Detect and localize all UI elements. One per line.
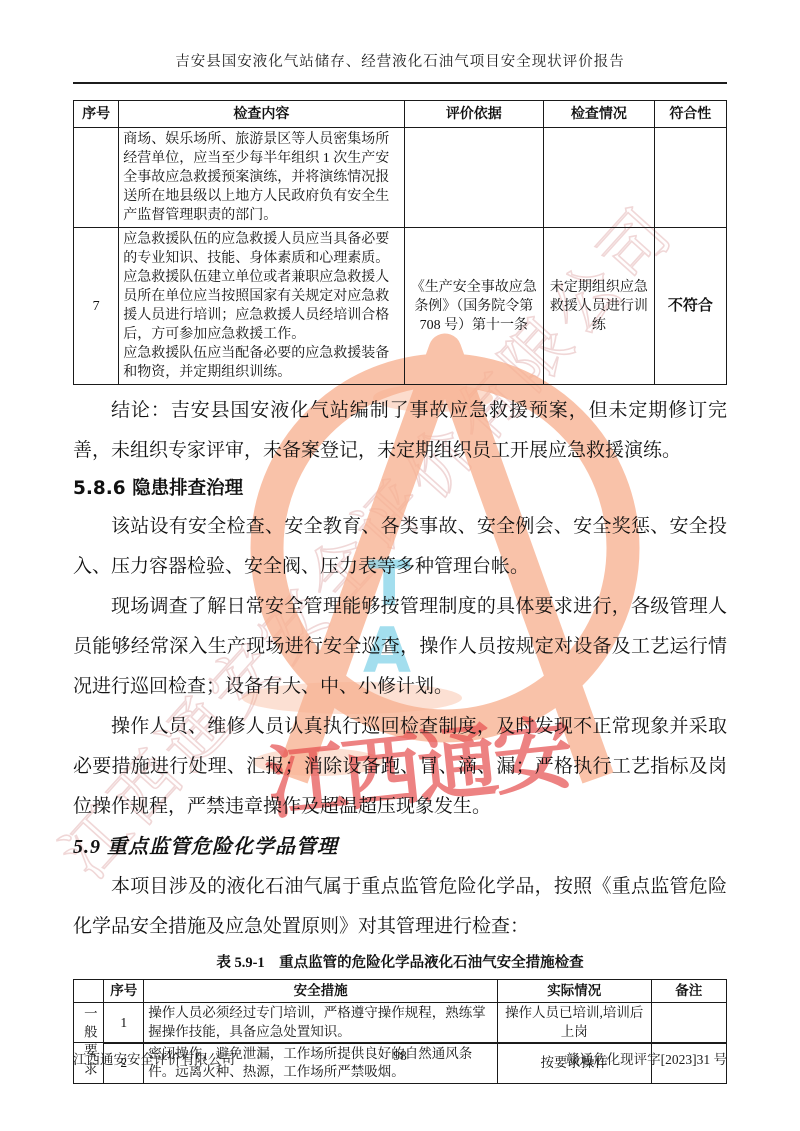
- col-header-situation: 检查情况: [544, 101, 655, 128]
- col-header-conformity: 符合性: [654, 101, 726, 128]
- report-page: 江西通安安全评价有限公司 T A 江西通安 吉安县国安液化气站储存、经营液化石油…: [0, 0, 800, 1131]
- table-row: 商场、娱乐场所、旅游景区等人员密集场所经营单位，应当至少每半年组织 1 次生产安…: [74, 128, 727, 228]
- section-heading-586: 5.8.6 隐患排查治理: [73, 473, 727, 505]
- cell-note: [651, 1003, 726, 1044]
- col-header-no2: 序号: [104, 980, 144, 1003]
- page-footer: 98 江西通安安全评价有限公司 赣通危化现评字[2023]31 号: [73, 1042, 727, 1068]
- header-rule: [73, 82, 727, 84]
- page-header-title: 吉安县国安液化气站储存、经营液化石油气项目安全现状评价报告: [73, 0, 727, 71]
- cell-no: [74, 128, 119, 228]
- inspection-table-header-row: 序号 检查内容 评价依据 检查情况 符合性: [74, 101, 727, 128]
- cell-basis: [404, 128, 544, 228]
- cell-basis: 《生产安全事故应急条例》（国务院令第 708 号）第十一条: [404, 228, 544, 385]
- col-header-group: [74, 980, 104, 1003]
- cell-situation: [544, 128, 655, 228]
- col-header-no: 序号: [74, 101, 119, 128]
- cell-no: 7: [74, 228, 119, 385]
- body-paragraph-1: 该站设有安全检查、安全教育、各类事故、安全例会、安全奖惩、安全投入、压力容器检验…: [73, 507, 727, 587]
- safety-table-header-row: 序号 安全措施 实际情况 备注: [74, 980, 727, 1003]
- cell-no: 1: [104, 1003, 144, 1044]
- cell-measure: 操作人员必须经过专门培训，严格遵守操作规程，熟练掌握操作技能，具备应急处置知识。: [144, 1003, 498, 1044]
- page-number: 98: [73, 1048, 727, 1064]
- page-content: 吉安县国安液化气站储存、经营液化石油气项目安全现状评价报告 序号 检查内容 评价…: [0, 0, 800, 1084]
- cell-situation: 未定期组织应急救援人员进行训练: [544, 228, 655, 385]
- col-header-measure: 安全措施: [144, 980, 498, 1003]
- body-paragraph-4: 本项目涉及的液化石油气属于重点监管危险化学品，按照《重点监管危险化学品安全措施及…: [73, 867, 727, 947]
- col-header-content: 检查内容: [119, 101, 404, 128]
- section-heading-59: 5.9 重点监管危险化学品管理: [73, 829, 727, 865]
- cell-content: 应急救援队伍的应急救援人员应当具备必要的专业知识、技能、身体素质和心理素质。 应…: [119, 228, 404, 385]
- table-row: 一般要求 1 操作人员必须经过专门培训，严格遵守操作规程，熟练掌握操作技能，具备…: [74, 1003, 727, 1044]
- cell-actual: 操作人员已培训,培训后上岗: [497, 1003, 651, 1044]
- table2-caption: 表 5.9-1 重点监管的危险化学品液化石油气安全措施检查: [73, 951, 727, 975]
- col-header-basis: 评价依据: [404, 101, 544, 128]
- safety-measures-table: 序号 安全措施 实际情况 备注 一般要求 1 操作人员必须经过专门培训，严格遵守…: [73, 979, 727, 1084]
- col-header-note: 备注: [651, 980, 726, 1003]
- body-paragraph-3: 操作人员、维修人员认真执行巡回检查制度，及时发现不正常现象并采取必要措施进行处理…: [73, 707, 727, 827]
- table-row: 7 应急救援队伍的应急救援人员应当具备必要的专业知识、技能、身体素质和心理素质。…: [74, 228, 727, 385]
- body-paragraph-2: 现场调查了解日常安全管理能够按管理制度的具体要求进行，各级管理人员能够经常深入生…: [73, 587, 727, 707]
- inspection-table: 序号 检查内容 评价依据 检查情况 符合性 商场、娱乐场所、旅游景区等人员密集场…: [73, 100, 727, 385]
- cell-content: 商场、娱乐场所、旅游景区等人员密集场所经营单位，应当至少每半年组织 1 次生产安…: [119, 128, 404, 228]
- conclusion-paragraph: 结论：吉安县国安液化气站编制了事故应急救援预案，但未定期修订完善，未组织专家评审…: [73, 391, 727, 471]
- cell-conformity: [654, 128, 726, 228]
- col-header-actual: 实际情况: [497, 980, 651, 1003]
- cell-conformity: 不符合: [654, 228, 726, 385]
